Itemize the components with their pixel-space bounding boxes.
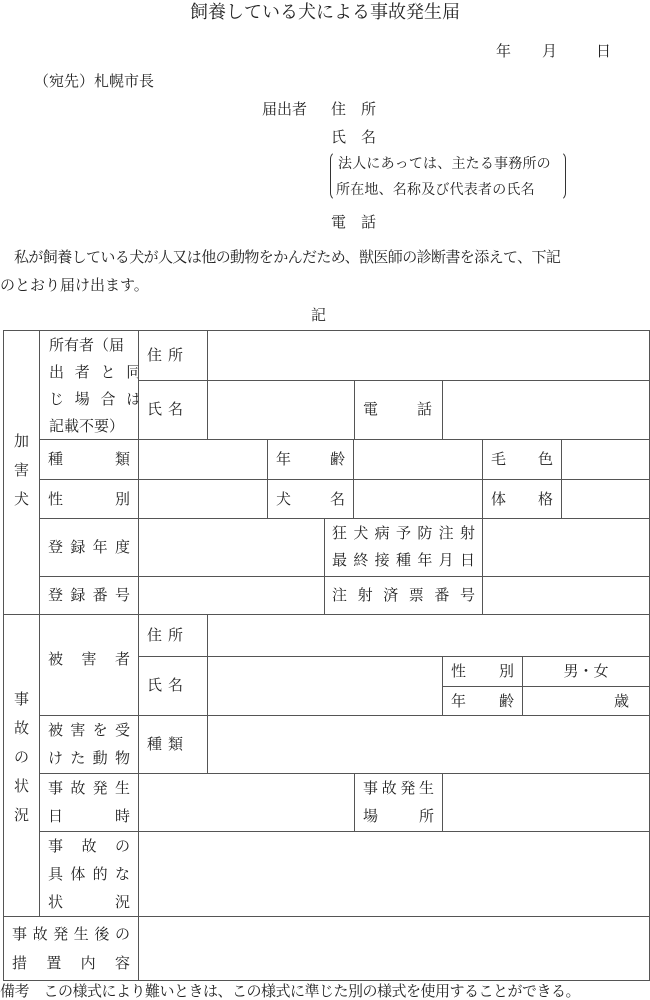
reg-number-label-cell: 登録番号: [39, 576, 139, 615]
dog-age-label-cell: 年齢: [267, 439, 354, 480]
tag-number-label: 注射済票番号: [332, 581, 475, 610]
section-label-accident: 事故の状況: [3, 614, 40, 917]
dog-coat-label: 毛色: [491, 445, 553, 474]
reg-year-label-cell: 登録年度: [39, 518, 139, 577]
victim-animal-label-line1: 被害を受: [48, 716, 130, 745]
section-label-offending-dog: 加害犬: [3, 330, 40, 615]
dog-build-input[interactable]: [561, 479, 650, 519]
accident-detail-label-line3: 状況: [48, 888, 130, 917]
owner-label-line-1: 所有者（届: [49, 331, 124, 360]
ki-heading: 記: [311, 306, 326, 324]
tag-number-label-cell: 注射済票番号: [324, 576, 483, 615]
victim-name-input[interactable]: [207, 656, 443, 716]
victim-age-label: 年齢: [451, 687, 514, 716]
victim-address-label: 住所: [147, 621, 183, 650]
dog-sex-input[interactable]: [138, 479, 268, 519]
victim-sex-value-cell[interactable]: 男・女: [522, 656, 650, 687]
after-measures-label-line1: 事故発生後の: [12, 920, 130, 949]
accident-place-input[interactable]: [442, 773, 650, 832]
victim-animal-label-line2: けた動物: [48, 744, 130, 773]
victim-age-unit: 歳: [614, 687, 629, 716]
victim-address-label-cell: 住所: [138, 614, 208, 657]
owner-phone-input[interactable]: [442, 380, 650, 440]
date-month-label: 月: [542, 42, 557, 60]
reg-number-label: 登録番号: [48, 581, 130, 610]
reg-number-input[interactable]: [138, 576, 325, 615]
owner-label-line-3: じ 場 合 は: [49, 385, 144, 414]
owner-label-line-4: 記載不要）: [49, 412, 124, 441]
victim-label: 被害者: [48, 645, 130, 674]
rabies-date-label-cell: 狂犬病予防注射最終接種年月日: [324, 518, 483, 577]
accident-place-label-line1: 事故発生: [363, 774, 434, 803]
body-text-line2: のとおり届け出ます。: [0, 276, 149, 294]
owner-label-cell: 所有者（届出 者 と 同じ 場 合 は記載不要）: [39, 330, 139, 440]
corp-note-line1: 法人にあっては、主たる事務所の: [338, 155, 551, 173]
document-title: 飼養している犬による事故発生届: [0, 4, 650, 22]
accident-detail-label-line2: 具体的な: [48, 860, 130, 889]
dog-name-input[interactable]: [353, 479, 483, 519]
addressee: （宛先）札幌市長: [34, 72, 154, 90]
owner-name-label-cell: 氏名: [138, 380, 208, 440]
applicant-name-label: 氏 名: [331, 128, 376, 146]
dog-age-input[interactable]: [353, 439, 483, 480]
applicant-phone-label: 電 話: [331, 213, 376, 231]
section-label-offending-dog-text: 加害犬: [4, 427, 39, 514]
reg-year-input[interactable]: [138, 518, 325, 577]
victim-name-label-cell: 氏名: [138, 656, 208, 716]
dog-name-label-cell: 犬名: [267, 479, 354, 519]
reg-year-label: 登録年度: [48, 533, 130, 562]
rabies-date-input[interactable]: [482, 518, 650, 577]
accident-detail-input[interactable]: [138, 831, 650, 917]
victim-age-label-cell: 年齢: [442, 686, 523, 716]
accident-datetime-label-line2: 日時: [48, 802, 130, 831]
accident-place-label-cell: 事故発生場所: [354, 773, 443, 832]
owner-phone-label-cell: 電話: [354, 380, 443, 440]
accident-datetime-label-line1: 事故発生: [48, 774, 130, 803]
accident-detail-label-cell: 事故の具体的な状況: [39, 831, 139, 917]
corp-note-line2: 所在地、名称及び代表者の氏名: [336, 181, 535, 199]
accident-detail-label-line1: 事故の: [48, 832, 130, 861]
owner-name-label: 氏名: [147, 395, 183, 424]
accident-datetime-label-cell: 事故発生日時: [39, 773, 139, 832]
owner-name-input[interactable]: [207, 380, 355, 440]
dog-kind-input[interactable]: [138, 439, 268, 480]
victim-animal-kind-label: 種類: [147, 730, 183, 759]
owner-phone-label: 電話: [363, 395, 432, 424]
after-measures-label-line2: 措置内容: [12, 949, 130, 978]
remarks-note: 備考 この様式により難いときは、この様式に準じた別の様式を使用することができる。: [0, 982, 580, 1000]
rabies-label-line1: 狂犬病予防注射: [332, 519, 475, 548]
victim-animal-label-cell: 被害を受けた動物: [39, 715, 139, 774]
dog-build-label: 体格: [491, 485, 553, 514]
dog-coat-label-cell: 毛色: [482, 439, 562, 480]
applicant-address-label: 住 所: [331, 100, 376, 118]
after-measures-label-cell: 事故発生後の措置内容: [3, 916, 139, 981]
dog-sex-label: 性別: [48, 485, 130, 514]
applicant-label: 届出者: [262, 100, 307, 118]
victim-age-input[interactable]: 歳: [522, 686, 650, 716]
accident-datetime-input[interactable]: [138, 773, 355, 832]
rabies-label-line2: 最終接種年月日: [332, 546, 475, 575]
dog-build-label-cell: 体格: [482, 479, 562, 519]
owner-address-label: 住所: [147, 341, 183, 370]
dog-coat-input[interactable]: [561, 439, 650, 480]
victim-address-input[interactable]: [207, 614, 650, 657]
owner-label-line-2: 出 者 と 同: [49, 358, 144, 387]
section-label-accident-text: 事故の状況: [4, 685, 39, 830]
victim-label-cell: 被害者: [39, 614, 139, 716]
victim-animal-kind-input[interactable]: [207, 715, 650, 774]
owner-address-label-cell: 住所: [138, 330, 208, 381]
victim-animal-kind-label-cell: 種類: [138, 715, 208, 774]
victim-sex-label-cell: 性別: [442, 656, 523, 687]
victim-name-label: 氏名: [147, 671, 183, 700]
owner-address-input[interactable]: [207, 330, 650, 381]
body-text-line1: 私が飼養している犬が人又は他の動物をかんだため、獣医師の診断書を添えて、下記: [14, 248, 560, 266]
date-day-label: 日: [596, 42, 611, 60]
tag-number-input[interactable]: [482, 576, 650, 615]
dog-age-label: 年齢: [276, 445, 345, 474]
dog-kind-label: 種類: [48, 445, 130, 474]
after-measures-input[interactable]: [138, 916, 650, 981]
dog-kind-label-cell: 種類: [39, 439, 139, 480]
dog-name-label: 犬名: [276, 485, 345, 514]
date-year-label: 年: [496, 42, 511, 60]
victim-sex-label: 性別: [451, 657, 514, 686]
accident-place-label-line2: 場所: [363, 802, 434, 831]
dog-sex-label-cell: 性別: [39, 479, 139, 519]
victim-sex-choice[interactable]: 男・女: [523, 657, 649, 686]
